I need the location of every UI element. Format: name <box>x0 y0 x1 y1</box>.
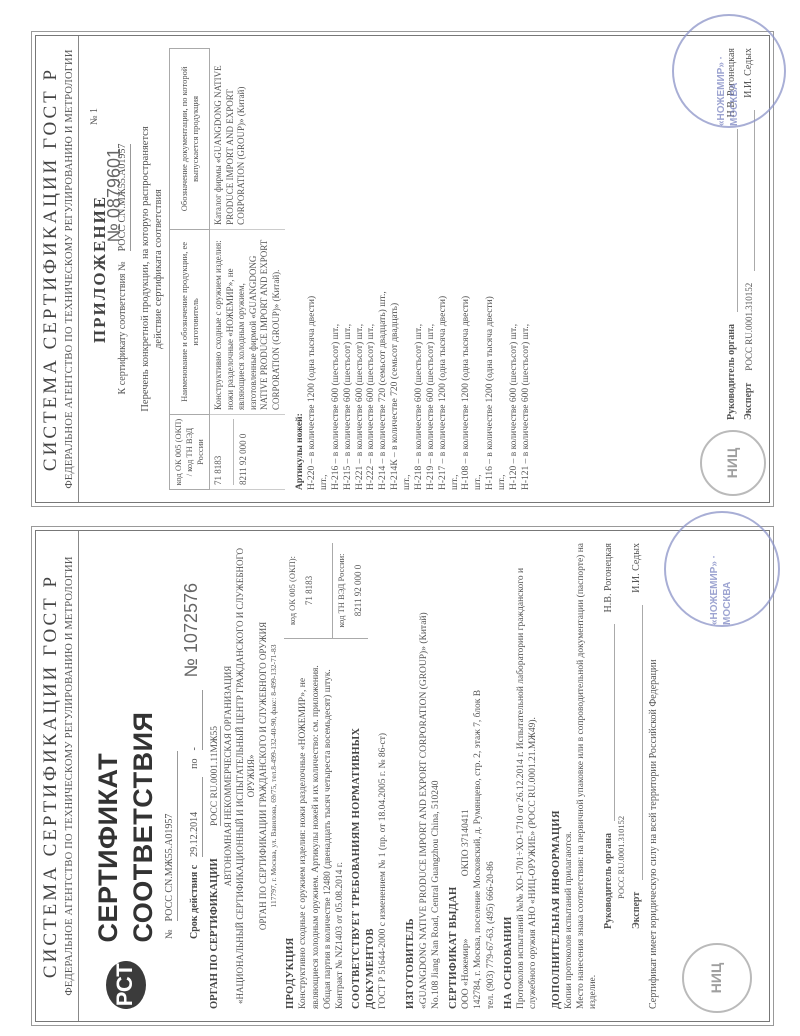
certificate-header: СИСТЕМА СЕРТИФИКАЦИИ ГОСТ Р ФЕДЕРАЛЬНОЕ … <box>36 531 79 1021</box>
extra-line: Место нанесения знака соответствия: на п… <box>575 543 599 1009</box>
body-line: ОРГАН ПО СЕРТИФИКАЦИИ ГРАЖДАНСКОГО И СЛУ… <box>258 543 270 1009</box>
expert-label: Эксперт <box>743 383 756 420</box>
product-doc: Каталог фирмы «GUANGDONG NATIVE PRODUCE … <box>210 49 286 230</box>
article-item: Н-121 – в количестве 600 (шестьсот) шт., <box>521 291 533 490</box>
agency-name: ФЕДЕРАЛЬНОЕ АГЕНТСТВО ПО ТЕХНИЧЕСКОМУ РЕ… <box>64 537 75 1015</box>
conformity-text: ГОСТ Р 51644-2000 с изменением № 1 (пр. … <box>377 543 389 1009</box>
number-label: № <box>164 929 177 939</box>
valid-to-label: по <box>189 758 202 768</box>
appendix-serial: № 0879601 <box>103 148 126 242</box>
valid-from: 29.12.2014 <box>189 777 203 857</box>
issued-okpo: ОКПО 37140411 <box>461 809 471 876</box>
col-name: Наименование и обозначение продукции, ее… <box>170 229 210 414</box>
company-stamp: «НОЖЕМИР» · МОСКВА <box>664 511 780 627</box>
seal-stamp: НИЦ <box>682 943 752 1013</box>
certificate-serial: № 1072576 <box>180 583 203 677</box>
company-stamp: «НОЖЕМИР» · МОСКВА <box>672 14 786 128</box>
article-item: Н-220 – в количестве 1200 (одна тысяча д… <box>307 291 331 490</box>
validity-footer: Сертификат имеет юридическую силу на все… <box>648 543 661 1009</box>
article-item: Н-222 – в количестве 600 (шестьсот) шт., <box>366 291 378 490</box>
expert-signature <box>632 605 643 880</box>
valid-to: - <box>189 690 203 750</box>
expert-code: РОСС RU.0001.310152 <box>744 283 756 371</box>
extra-line: Копии протоколов испытаний прилагаются. <box>563 543 575 1009</box>
expert-signature <box>744 110 755 271</box>
basis-heading: НА ОСНОВАНИИ <box>502 543 515 1009</box>
appendix-subtitle: Перечень конкретной продукции, на котору… <box>139 108 166 430</box>
system-title: СИСТЕМА СЕРТИФИКАЦИИ ГОСТ Р <box>40 42 62 496</box>
articles-heading: Артикулы ножей: <box>295 291 307 490</box>
extra-heading: ДОПОЛНИТЕЛЬНАЯ ИНФОРМАЦИЯ <box>550 543 563 1009</box>
products-table: код ОК 005 (ОКП) / код ТН ВЭД России Наи… <box>169 48 285 490</box>
head-name: Н.В. Рогонецкая <box>603 543 616 612</box>
head-label: Руководитель органа <box>603 833 616 929</box>
tnved-value: 8211 92 000 0 <box>350 543 368 638</box>
article-item: Н-216 – в количестве 600 (шестьсот) шт., <box>331 291 343 490</box>
body-line: АВТОНОМНАЯ НЕКОММЕРЧЕСКАЯ ОРГАНИЗАЦИЯ <box>223 543 235 1009</box>
article-item: Н-108 – в количестве 1200 (одна тысяча д… <box>461 291 485 490</box>
product-codes: код ОК 005 (ОКП): 71 8183 код ТН ВЭД Рос… <box>284 543 368 639</box>
appendix-sheet-number: № 1 <box>89 108 102 125</box>
product-name: Конструктивно сходные с оружием изделия:… <box>210 229 286 414</box>
article-item: Н-221 – в количестве 600 (шестьсот) шт., <box>355 291 367 490</box>
body-label: ОРГАН ПО СЕРТИФИКАЦИИ <box>209 858 220 1009</box>
rst-logo-icon: РСТ <box>106 961 146 1009</box>
articles-list: Артикулы ножей: Н-220 – в количестве 120… <box>295 291 533 490</box>
head-signature <box>727 129 738 312</box>
col-codes: код ОК 005 (ОКП) / код ТН ВЭД России <box>170 415 210 490</box>
article-item: Н-218 – в количестве 600 (шестьсот) шт., <box>414 291 426 490</box>
table-row: 71 8183 8211 92 000 0 Конструктивно сход… <box>210 49 286 490</box>
body-code: РОСС RU.0001.11МЖ55 <box>210 726 221 826</box>
body-line: 117797, г. Москва, ул. Вавилова, 69/75, … <box>269 543 279 1009</box>
tnved-label: код ТН ВЭД России: <box>332 543 350 638</box>
okp-code: 71 8183 <box>213 419 225 485</box>
tnved-code: 8211 92 000 0 <box>233 419 250 485</box>
article-item: Н-116 – в количестве 1200 (одна тысяча д… <box>485 291 509 490</box>
basis-text: Протоколов испытаний №№ ХО-1701÷ХО-1710 … <box>515 543 539 1009</box>
article-item: Н-120 – в количестве 600 (шестьсот) шт., <box>509 291 521 490</box>
body-line: «НАЦИОНАЛЬНЫЙ СЕРТИФИКАЦИОННЫЙ И ИСПЫТАТ… <box>235 543 258 1009</box>
okp-value: 71 8183 <box>301 543 319 638</box>
certificate-sheet: СИСТЕМА СЕРТИФИКАЦИИ ГОСТ Р ФЕДЕРАЛЬНОЕ … <box>35 530 770 1022</box>
expert-label: Эксперт <box>631 892 644 929</box>
appendix-header: СИСТЕМА СЕРТИФИКАЦИИ ГОСТ Р ФЕДЕРАЛЬНОЕ … <box>36 36 79 502</box>
validity-label: Срок действия с <box>189 865 202 939</box>
manufacturer-text: «GUANGDONG NATIVE PRODUCE IMPORT AND EXP… <box>418 543 430 1009</box>
article-item: Н-219 – в количестве 600 (шестьсот) шт., <box>426 291 438 490</box>
issued-address: 142784, г. Москва, поселение Московский,… <box>472 543 484 1009</box>
system-title: СИСТЕМА СЕРТИФИКАЦИИ ГОСТ Р <box>40 537 62 1015</box>
expert-code: РОСС RU.0001.310152 <box>616 543 627 929</box>
expert-name: И.И. Седых <box>631 543 644 593</box>
issued-org: ООО «Ножемир» <box>461 939 471 1009</box>
manufacturer-heading: ИЗГОТОВИТЕЛЬ <box>404 543 417 1009</box>
head-signature <box>604 624 615 821</box>
certificate-title: СЕРТИФИКАТ СООТВЕТСТВИЯ <box>91 543 160 943</box>
article-item: Н-214 – в количестве 720 (семьсот двадца… <box>378 291 390 490</box>
seal-stamp: НИЦ <box>700 430 766 496</box>
article-item: Н-217 – в количестве 1200 (одна тысяча д… <box>438 291 462 490</box>
col-doc: Обозначение документации, по которой вып… <box>170 49 210 230</box>
article-item: Н-214К – в количестве 720 (семьсот двадц… <box>390 291 414 490</box>
ref-label: К сертификату соответствия № <box>117 261 130 394</box>
issued-phone: тел. (903) 779-67-63, (495) 666-20-86 <box>485 543 497 1009</box>
issued-heading: СЕРТИФИКАТ ВЫДАН <box>447 543 460 1009</box>
agency-name: ФЕДЕРАЛЬНОЕ АГЕНТСТВО ПО ТЕХНИЧЕСКОМУ РЕ… <box>64 42 75 496</box>
certificate-number: РОСС CN.МЖ55.А01957 <box>164 751 178 921</box>
okp-label: код ОК 005 (ОКП): <box>284 543 301 638</box>
manufacturer-address: No.108 Jiang Nan Road, Central Guangzhou… <box>430 543 442 1009</box>
appendix-sheet: СИСТЕМА СЕРТИФИКАЦИИ ГОСТ Р ФЕДЕРАЛЬНОЕ … <box>35 35 770 503</box>
head-label: Руководитель органа <box>726 324 739 420</box>
article-item: Н-215 – в количестве 600 (шестьсот) шт., <box>343 291 355 490</box>
